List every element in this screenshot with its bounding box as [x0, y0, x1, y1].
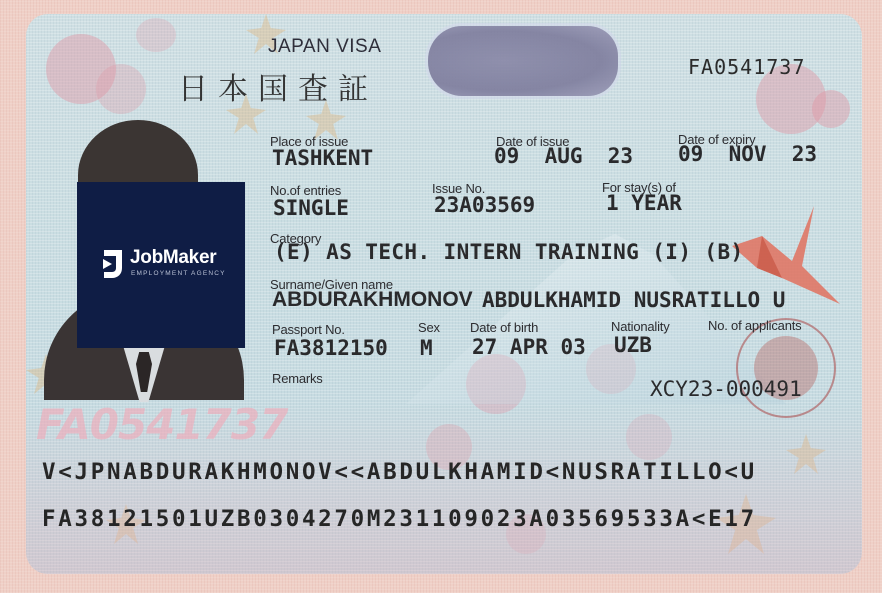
blossom-decoration: [812, 90, 850, 128]
visa-title: JAPAN VISA: [268, 36, 381, 58]
control-number: FA0541737: [688, 55, 805, 79]
mrz-line-2: FA38121501UZB0304270M231109023A03569533A…: [42, 506, 757, 532]
category-value: (E) AS TECH. INTERN TRAINING (I) (B): [274, 240, 744, 264]
no-of-entries-value: SINGLE: [273, 196, 349, 220]
for-stays-of-value: 1 YEAR: [606, 191, 682, 215]
watermark-number: FA0541737: [36, 400, 287, 449]
passport-no-value: FA3812150: [274, 336, 388, 360]
surname-value: ABDURAKHMONOV: [272, 288, 473, 312]
hologram-seal: [428, 26, 618, 96]
remarks-value: XCY23-000491: [650, 377, 802, 401]
sex-value: M: [420, 336, 433, 360]
jobmaker-logo-name: JobMaker: [130, 247, 216, 269]
blossom-decoration: [96, 64, 146, 114]
issue-no-value: 23A03569: [434, 193, 535, 217]
passport-no-label: Passport No.: [272, 322, 345, 337]
given-name-value: ABDULKHAMID NUSRATILLO U: [482, 288, 785, 312]
sex-label: Sex: [418, 320, 440, 335]
date-of-birth-label: Date of birth: [470, 320, 538, 335]
date-of-birth-value: 27 APR 03: [472, 335, 586, 359]
date-of-expiry-value: 09 NOV 23: [678, 142, 817, 166]
nationality-value: UZB: [614, 333, 652, 357]
nationality-label: Nationality: [611, 319, 670, 334]
jobmaker-logo-tagline: EMPLOYMENT AGENCY: [131, 270, 226, 277]
visa-title-kanji: 日本国査証: [178, 64, 378, 108]
jobmaker-logo-icon: [102, 250, 124, 278]
place-of-issue-value: TASHKENT: [272, 146, 373, 170]
mrz-line-1: V<JPNABDURAKHMONOV<<ABDULKHAMID<NUSRATIL…: [42, 459, 757, 485]
date-of-issue-value: 09 AUG 23: [494, 144, 633, 168]
ministry-seal: [736, 318, 836, 418]
remarks-label: Remarks: [272, 371, 323, 386]
blossom-decoration: [136, 18, 176, 52]
no-of-applicants-label: No. of applicants: [708, 318, 801, 333]
